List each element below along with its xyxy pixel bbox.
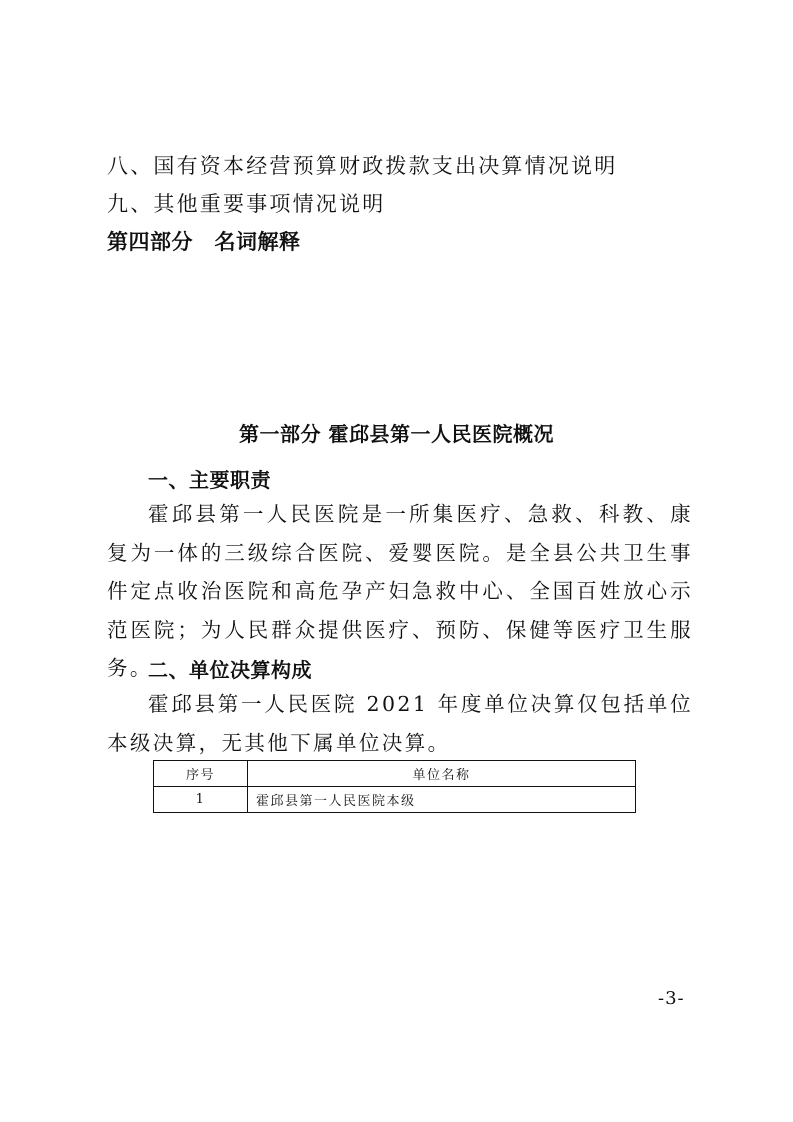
heading-main-duties: 一、主要职责 [148,464,271,493]
page-number: -3- [658,988,685,1009]
table-cell-unit-name: 霍邱县第一人民医院本级 [248,787,636,813]
table-header-unit-name: 单位名称 [248,761,636,787]
section-title: 第一部分 霍邱县第一人民医院概况 [0,418,793,447]
table-header-index: 序号 [154,761,248,787]
toc-item-8: 八、国有资本经营预算财政拨款支出决算情况说明 [107,150,617,180]
heading-unit-composition: 二、单位决算构成 [148,654,312,683]
table-row: 1 霍邱县第一人民医院本级 [154,787,636,813]
toc-item-9: 九、其他重要事项情况说明 [107,188,385,218]
unit-table: 序号 单位名称 1 霍邱县第一人民医院本级 [153,760,636,813]
paragraph-unit-composition: 霍邱县第一人民医院 2021 年度单位决算仅包括单位本级决算，无其他下属单位决算… [107,685,693,762]
table-header-row: 序号 单位名称 [154,761,636,787]
toc-part4-heading: 第四部分 名词解释 [107,226,301,256]
table-cell-index: 1 [154,787,248,813]
